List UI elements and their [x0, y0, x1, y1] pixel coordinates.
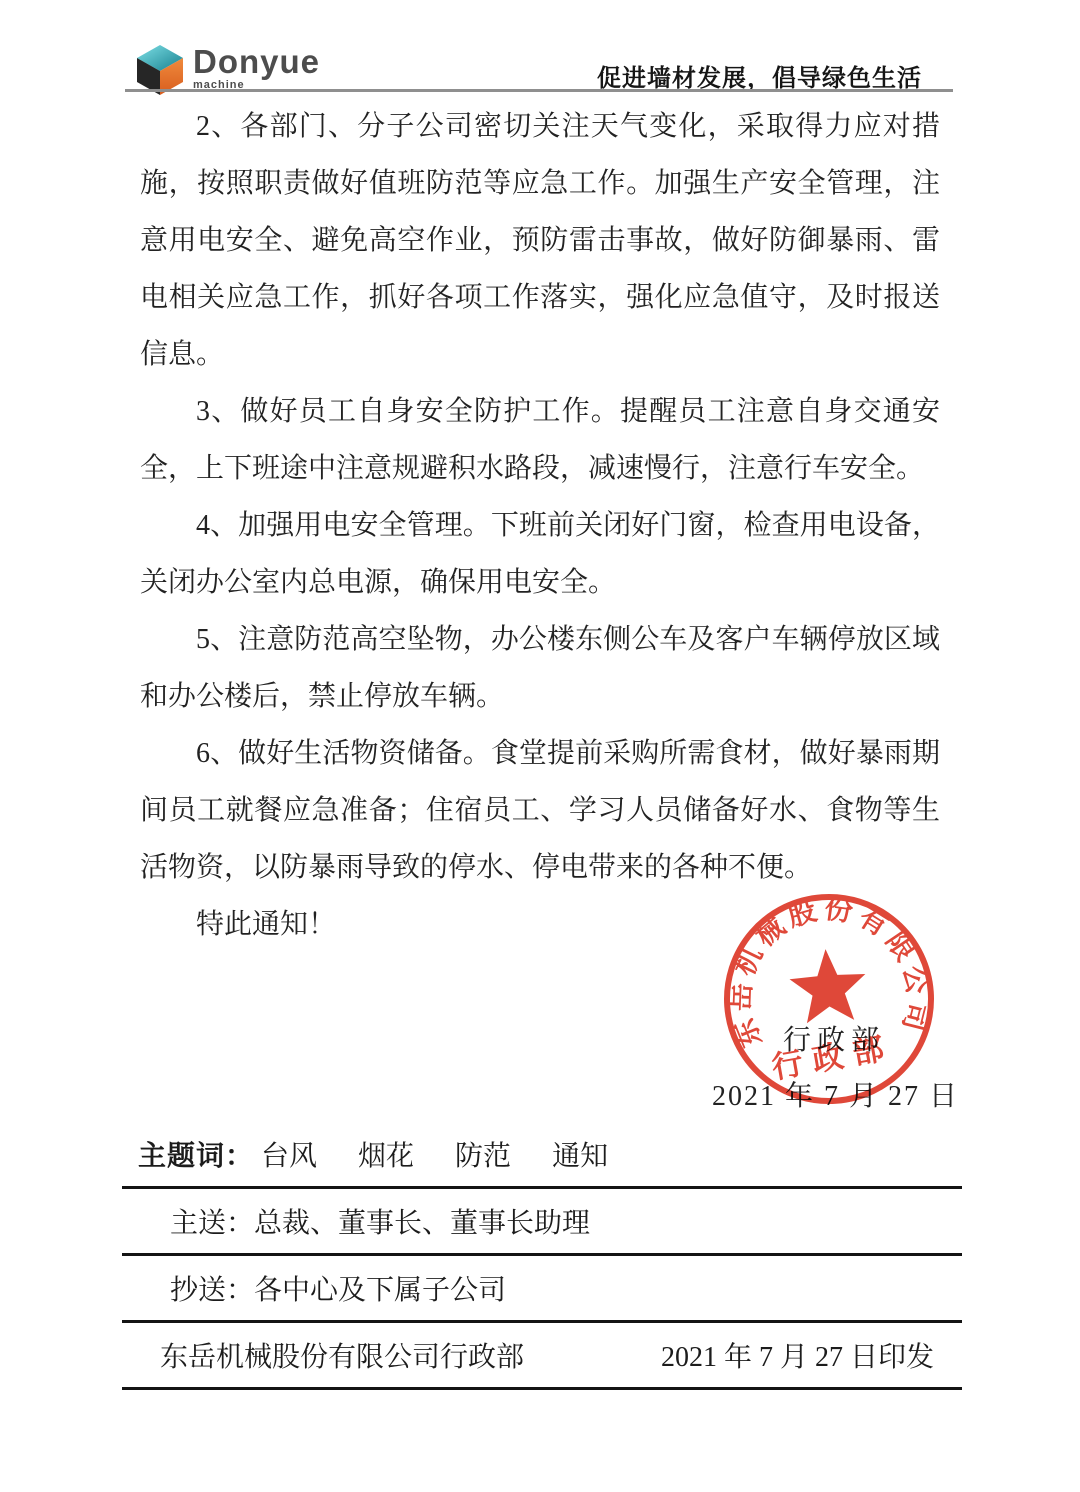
issuer-name: 东岳机械股份有限公司行政部 — [160, 1335, 524, 1375]
cc-label: 抄送： — [170, 1275, 254, 1306]
subject-keyword: 防范 — [455, 1141, 511, 1172]
notice-document-page: Donyue machine 促进墙材发展，倡导绿色生活 2、各部门、分子公司密… — [0, 0, 1080, 1492]
notice-paragraph: 3、做好员工自身安全防护工作。提醒员工注意自身交通安全，上下班途中注意规避积水路… — [140, 383, 940, 497]
notice-paragraph: 4、加强用电安全管理。下班前关闭好门窗，检查用电设备，关闭办公室内总电源，确保用… — [140, 497, 940, 611]
subject-keyword: 通知 — [552, 1141, 608, 1172]
header-slogan: 促进墙材发展，倡导绿色生活 — [597, 58, 922, 93]
notice-paragraph: 2、各部门、分子公司密切关注天气变化，采取得力应对措施，按照职责做好值班防范等应… — [140, 98, 940, 383]
company-logo: Donyue machine — [137, 45, 320, 95]
notice-body: 2、各部门、分子公司密切关注天气变化，采取得力应对措施，按照职责做好值班防范等应… — [140, 98, 940, 953]
recipients-value: 总裁、董事长、董事长助理 — [254, 1208, 590, 1239]
company-seal-stamp: 东岳机械股份有限公司 行政部 — [708, 878, 949, 1119]
subject-row: 主题词： 台风 烟花 防范 通知 — [122, 1126, 962, 1189]
recipients-label: 主送： — [170, 1208, 254, 1239]
logo-wordmark: Donyue machine — [193, 45, 320, 91]
header-divider — [125, 89, 953, 92]
cc-recipients-row: 抄送：各中心及下属子公司 — [122, 1256, 962, 1323]
main-recipients-row: 主送：总裁、董事长、董事长助理 — [122, 1189, 962, 1256]
notice-paragraph: 6、做好生活物资储备。食堂提前采购所需食材，做好暴雨期间员工就餐应急准备；住宿员… — [140, 725, 940, 896]
subject-label: 主题词： — [138, 1140, 254, 1171]
subject-keyword: 台风 — [261, 1141, 317, 1172]
logo-brand-text: Donyue — [193, 45, 320, 79]
document-header: Donyue machine 促进墙材发展，倡导绿色生活 — [0, 0, 1080, 100]
document-footer: 主题词： 台风 烟花 防范 通知 主送：总裁、董事长、董事长助理 抄送：各中心及… — [122, 1126, 962, 1390]
stamp-star-icon — [788, 946, 869, 1024]
notice-paragraph: 5、注意防范高空坠物，办公楼东侧公车及客户车辆停放区域和办公楼后，禁止停放车辆。 — [140, 611, 940, 725]
issue-row: 东岳机械股份有限公司行政部 2021 年 7 月 27 日印发 — [122, 1323, 962, 1390]
subject-keyword: 烟花 — [358, 1141, 414, 1172]
stamp-department-text: 行政部 — [769, 1029, 896, 1085]
cc-value: 各中心及下属子公司 — [254, 1275, 506, 1306]
cube-logo-icon — [137, 45, 183, 95]
issue-date: 2021 年 7 月 27 日印发 — [661, 1335, 934, 1375]
